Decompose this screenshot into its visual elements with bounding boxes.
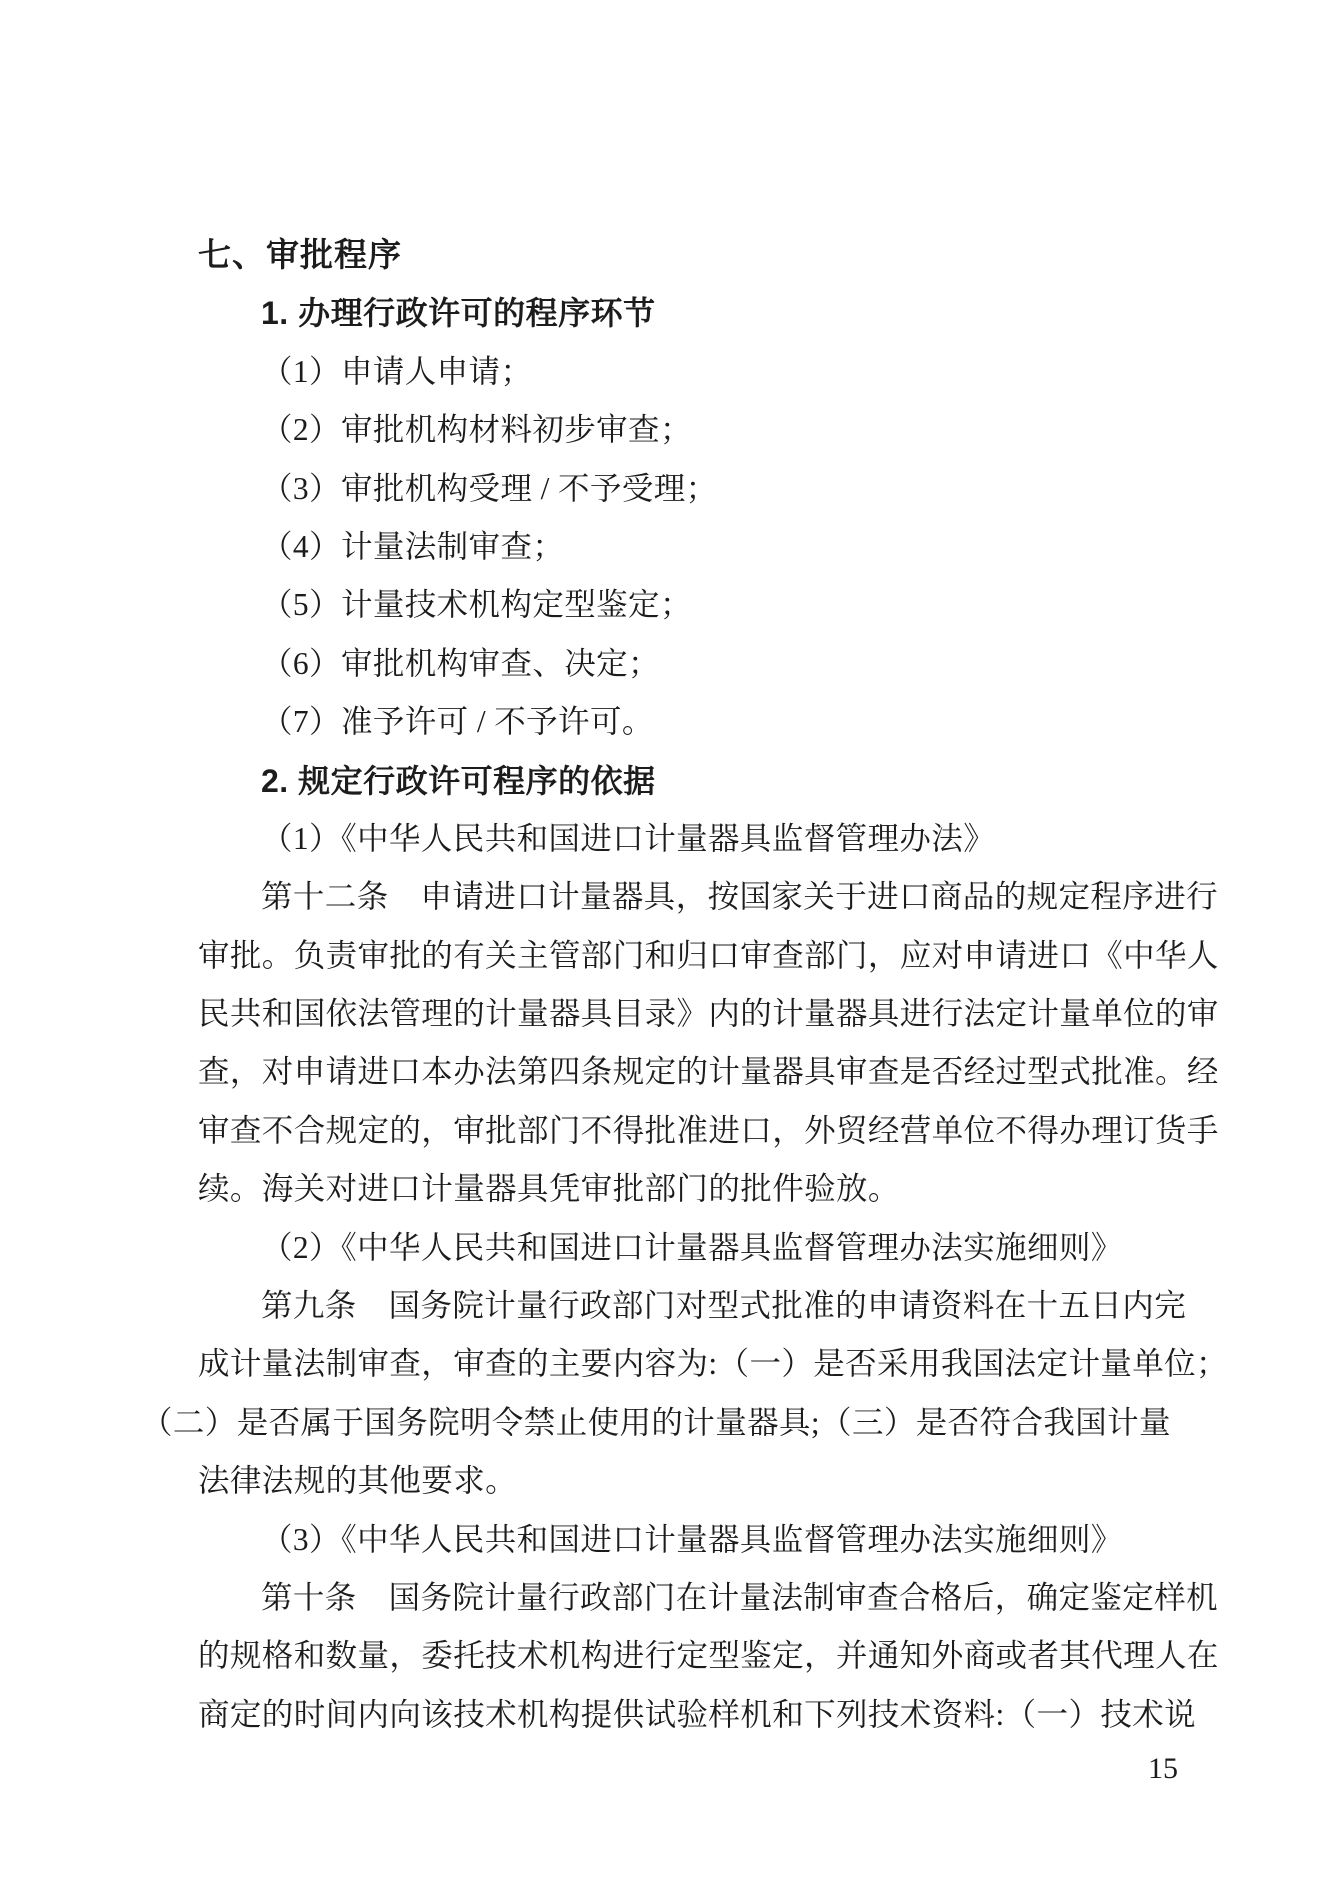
text-line: 查，对申请进口本办法第四条规定的计量器具审查是否经过型式批准。经: [198, 1043, 1198, 1101]
text-line: （1）申请人申请；: [198, 343, 1198, 401]
text-line: 1. 办理行政许可的程序环节: [198, 284, 1198, 342]
document-page: 七、审批程序1. 办理行政许可的程序环节（1）申请人申请；（2）审批机构材料初步…: [0, 0, 1339, 1890]
text-line: （3）《中华人民共和国进口计量器具监督管理办法实施细则》: [198, 1511, 1198, 1569]
text-line: 法律法规的其他要求。: [198, 1452, 1198, 1510]
text-line: （1）《中华人民共和国进口计量器具监督管理办法》: [198, 810, 1198, 868]
text-line: 七、审批程序: [198, 226, 1198, 284]
text-line: 第十二条 申请进口计量器具，按国家关于进口商品的规定程序进行: [198, 868, 1198, 926]
text-line: （6）审批机构审查、决定；: [198, 635, 1198, 693]
text-line: 第九条 国务院计量行政部门对型式批准的申请资料在十五日内完: [198, 1277, 1198, 1335]
text-line: 审批。负责审批的有关主管部门和归口审查部门，应对申请进口《中华人: [198, 927, 1198, 985]
text-line: 的规格和数量，委托技术机构进行定型鉴定，并通知外商或者其代理人在: [198, 1627, 1198, 1685]
text-line: （2）《中华人民共和国进口计量器具监督管理办法实施细则》: [198, 1219, 1198, 1277]
text-line: 第十条 国务院计量行政部门在计量法制审查合格后，确定鉴定样机: [198, 1569, 1198, 1627]
text-line: 成计量法制审查，审查的主要内容为:（一）是否采用我国法定计量单位；: [198, 1335, 1198, 1393]
document-body: 七、审批程序1. 办理行政许可的程序环节（1）申请人申请；（2）审批机构材料初步…: [198, 226, 1198, 1744]
text-line: （3）审批机构受理 / 不予受理；: [198, 460, 1198, 518]
text-line: 审查不合规定的，审批部门不得批准进口，外贸经营单位不得办理订货手: [198, 1102, 1198, 1160]
text-line: 续。海关对进口计量器具凭审批部门的批件验放。: [198, 1160, 1198, 1218]
text-line: （4）计量法制审查；: [198, 518, 1198, 576]
text-line: （5）计量技术机构定型鉴定；: [198, 576, 1198, 634]
text-line: （2）审批机构材料初步审查；: [198, 401, 1198, 459]
text-line: 2. 规定行政许可程序的依据: [198, 752, 1198, 810]
text-line: （二）是否属于国务院明令禁止使用的计量器具;（三）是否符合我国计量: [141, 1394, 1198, 1452]
text-line: （7）准予许可 / 不予许可。: [198, 693, 1198, 751]
page-number: 15: [1148, 1752, 1178, 1786]
text-line: 商定的时间内向该技术机构提供试验样机和下列技术资料:（一）技术说: [198, 1686, 1198, 1744]
text-line: 民共和国依法管理的计量器具目录》内的计量器具进行法定计量单位的审: [198, 985, 1198, 1043]
